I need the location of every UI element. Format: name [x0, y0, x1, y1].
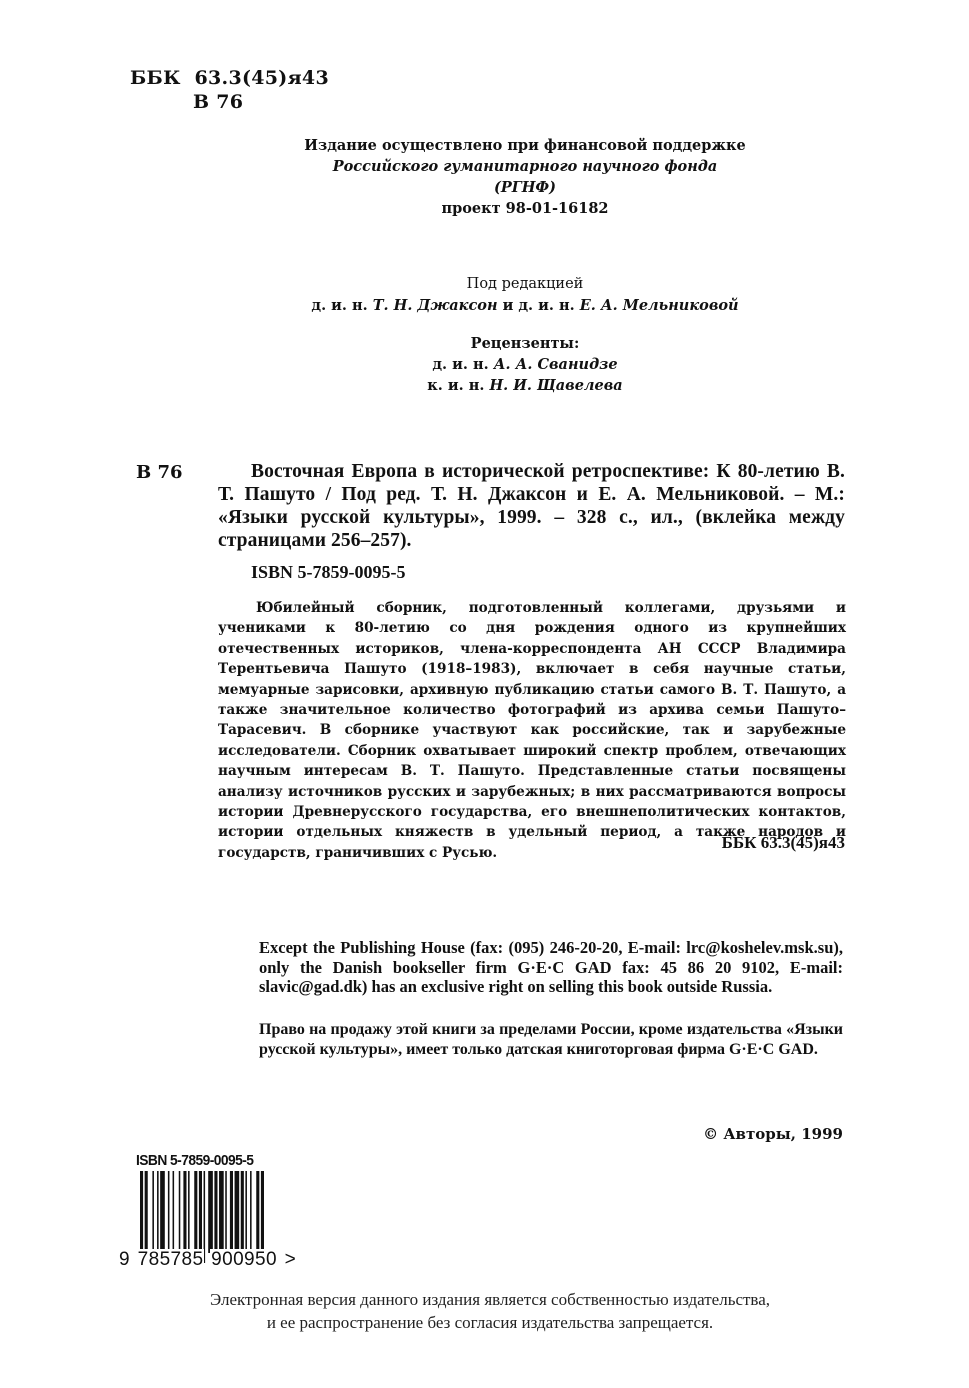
reviewer-item: к. и. н. Н. И. Щавелева [300, 375, 750, 396]
editors-block: Под редакцией д. и. н. Т. Н. Джаксон и д… [300, 274, 750, 316]
editors-names: д. и. н. Т. Н. Джаксон и д. и. н. Е. А. … [300, 295, 750, 316]
funding-foundation: Российского гуманитарного научного фонда [300, 156, 750, 177]
footer-line-2: и ее распространение без согласия издате… [150, 1311, 830, 1334]
editors-heading: Под редакцией [300, 274, 750, 295]
barcode-isbn-label: ISBN 5-7859-0095-5 [136, 1152, 253, 1169]
rights-russian: Право на продажу этой книги за пределами… [259, 1020, 843, 1059]
editor-name: Е. А. Мельниковой [580, 297, 739, 314]
annotation-bbk: ББК 63.3(45)я43 [722, 833, 845, 853]
editor-name: Т. Н. Джаксон [373, 297, 498, 314]
funding-project: проект 98-01-16182 [300, 198, 750, 219]
footer-note: Электронная версия данного издания являе… [150, 1288, 830, 1334]
copyright-notice: © Авторы, 1999 [703, 1125, 843, 1143]
editor-conjunction: и д. и. н. [498, 297, 580, 314]
reviewer-degree: к. и. н. [427, 377, 489, 394]
funding-abbr: (РГНФ) [300, 177, 750, 198]
reviewers-block: Рецензенты: д. и. н. А. А. Сванидзе к. и… [300, 333, 750, 396]
bbk-header: ББК 63.3(45)я43 В 76 [130, 66, 329, 114]
reviewer-item: д. и. н. А. А. Сванидзе [300, 354, 750, 375]
rights-english: Except the Publishing House (fax: (095) … [259, 938, 843, 997]
reviewer-name: Н. И. Щавелева [489, 377, 622, 394]
bbk-label: ББК [130, 67, 181, 89]
reviewer-name: А. А. Сванидзе [494, 356, 618, 373]
footer-line-1: Электронная версия данного издания являе… [150, 1288, 830, 1311]
catalog-code: В 76 [136, 462, 183, 483]
reviewer-degree: д. и. н. [432, 356, 493, 373]
isbn-barcode: ISBN 5-7859-0095-5 9 785785 900950 > [134, 1150, 309, 1275]
bbk-classification: ББК 63.3(45)я43 [130, 66, 329, 90]
editor-degree: д. и. н. [311, 297, 372, 314]
barcode-arrow: > [284, 1249, 298, 1270]
reviewers-heading: Рецензенты: [300, 333, 750, 354]
barcode-digits: 9 785785 900950 > [118, 1249, 297, 1271]
isbn: ISBN 5-7859-0095-5 [251, 562, 406, 583]
author-mark: В 76 [130, 90, 329, 114]
catalog-description: Восточная Европа в исторической ретроспе… [218, 460, 845, 552]
funding-line-1: Издание осуществлено при финансовой подд… [300, 135, 750, 156]
barcode-lead-digit: 9 [118, 1249, 131, 1270]
funding-note: Издание осуществлено при финансовой подд… [300, 135, 750, 219]
barcode-group-1: 785785 [137, 1249, 205, 1270]
bbk-code: 63.3(45)я43 [195, 67, 329, 89]
annotation-text: Юбилейный сборник, подготовленный коллег… [218, 598, 846, 863]
barcode-group-2: 900950 [210, 1249, 278, 1270]
